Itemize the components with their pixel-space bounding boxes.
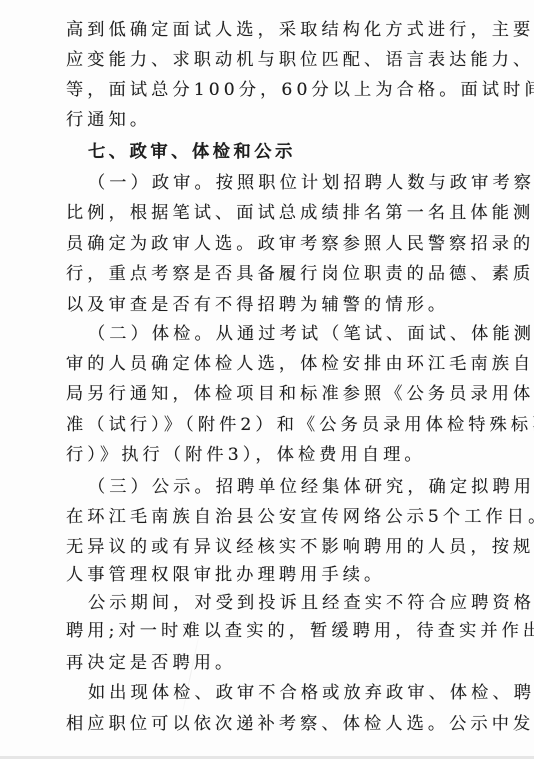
paragraph-start-political-review: （一）政审。按照职位计划招聘人数与政审考察1:1的 <box>88 171 476 195</box>
document-page: 高到低确定面试人选，采取结构化方式进行，主要测试临场 应变能力、求职动机与职位匹… <box>0 0 534 756</box>
paragraph-start-publicity: （三）公示。招聘单位经集体研究，确定拟聘用人员，并 <box>88 475 476 499</box>
body-text-line: 准（试行）》（附件2）和《公务员录用体检特殊标准（试 <box>66 413 476 437</box>
body-text-line: 局另行通知，体检项目和标准参照《公务员录用体检通用标 <box>66 382 476 406</box>
body-text-line: 人事管理权限审批办理聘用手续。 <box>66 563 476 587</box>
body-text-line: 再决定是否聘用。 <box>66 651 476 675</box>
paragraph-start-medical-exam: （二）体检。从通过考试（笔试、面试、体能测评）和政 <box>88 322 476 346</box>
body-text-line: 应变能力、求职动机与职位匹配、语言表达能力、仪态仪表 <box>66 48 476 72</box>
body-text-line: 行通知。 <box>66 108 476 132</box>
body-text-line: 无异议的或有异议经核实不影响聘用的人员，按规定程序和 <box>66 535 476 559</box>
body-text-line: 以及审查是否有不得招聘为辅警的情形。 <box>66 293 476 317</box>
paragraph-start-substitution: 如出现体检、政审不合格或放弃政审、体检、聘用资格的， <box>88 681 476 705</box>
body-text-line: 行，重点考察是否具备履行岗位职责的品德、素质、能力， <box>66 262 476 286</box>
body-text-line: 员确定为政审人选。政审考察参照人民警察招录的要求进 <box>66 232 476 256</box>
body-text-line: 审的人员确定体检人选，体检安排由环江毛南族自治县公安 <box>66 352 476 376</box>
body-text-line: 比例，根据笔试、面试总成绩排名第一名且体能测评合格人 <box>66 201 476 225</box>
body-text-line: 相应职位可以依次递补考察、体检人选。公示中发现问题不 <box>66 712 476 736</box>
body-text-line: 高到低确定面试人选，采取结构化方式进行，主要测试临场 <box>66 18 476 42</box>
section-heading: 七、政审、体检和公示 <box>88 140 498 164</box>
body-text-line: 聘用;对一时难以查实的，暂缓聘用，待查实并作出结论后 <box>66 619 476 643</box>
paragraph-start-publicity-period: 公示期间，对受到投诉且经查实不符合应聘资格的，不予 <box>88 591 476 615</box>
body-text-line: 在环江毛南族自治县公安宣传网络公示5个工作日。经公示 <box>66 505 476 529</box>
body-text-line: 行）》执行（附件3），体检费用自理。 <box>66 443 476 467</box>
body-text-line: 等，面试总分100分，60分以上为合格。面试时间、地点另 <box>66 78 476 102</box>
